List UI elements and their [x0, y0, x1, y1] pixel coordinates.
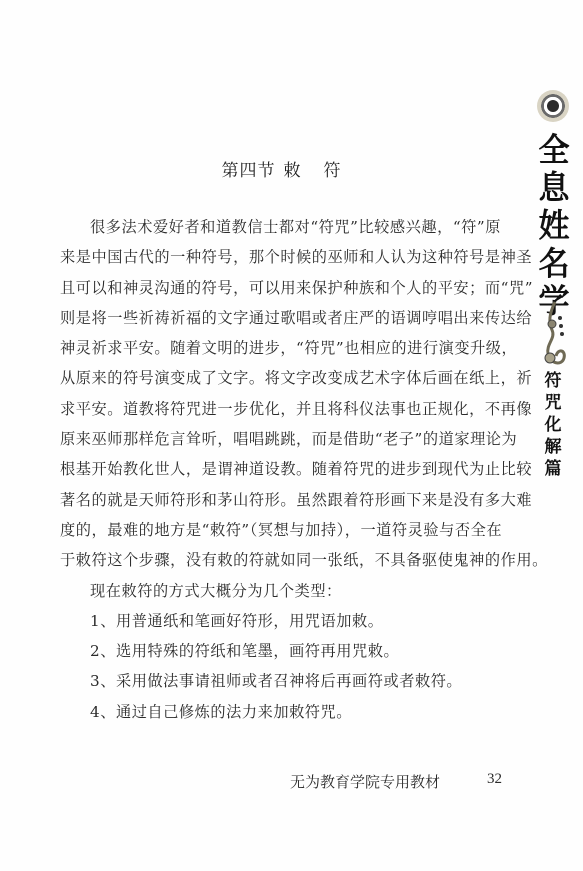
section-title: 第四节敕符: [0, 156, 583, 181]
book-page: 第四节敕符 很多法术爱好者和道教信士都对“符咒”比较感兴趣，“符”原 来是中国古…: [0, 0, 583, 871]
paragraph-line: 则是将一些祈祷祈福的文字通过歌唱或者庄严的语调哼唱出来传达给: [60, 303, 522, 333]
subtitle-char: 篇: [538, 458, 568, 480]
paragraph-line: 著名的就是天师符形和茅山符形。虽然跟着符形画下来是没有多大难: [60, 485, 522, 515]
paragraph-line: 求平安。道教将符咒进一步优化，并且将科仪法事也正规化，不再像: [60, 394, 522, 424]
page-footer: 无为教育学院专用教材 32: [290, 771, 440, 792]
side-banner: 全 息 姓 名 学 符 咒 化 解 篇: [532, 80, 580, 500]
paragraph-line: 原来巫师那样危言耸听，唱唱跳跳，而是借助“老子”的道家理论为: [60, 424, 522, 454]
section-title-part2: 符: [324, 161, 342, 181]
section-number: 第四节: [222, 161, 276, 181]
paragraph-line: 且可以和神灵沟通的符号，可以用来保护种族和个人的平安；而“咒”: [60, 273, 522, 303]
paragraph-line: 神灵祈求平安。随着文明的进步，“符咒”也相应的进行演变升级，: [60, 333, 522, 363]
title-char: 全: [534, 132, 574, 170]
subtitle-char: 化: [538, 414, 568, 436]
paragraph-line: 度的，最难的地方是“敕符”（冥想与加持），一道符灵验与否全在: [60, 515, 522, 545]
paragraph-line: 于敕符这个步骤，没有敕的符就如同一张纸，不具备驱使鬼神的作用。: [60, 545, 522, 575]
paragraph-line: 从原来的符号演变成了文字。将文字改变成艺术字体后画在纸上，祈: [60, 363, 522, 393]
list-item: 4、通过自己修炼的法力来加敕符咒。: [60, 697, 522, 727]
subtitle-char: 解: [538, 436, 568, 458]
title-char: 息: [534, 169, 574, 207]
paragraph-line: 根基开始教化世人，是谓神道设教。随着符咒的进步到现代为止比较: [60, 454, 522, 484]
section-title-part1: 敕: [284, 161, 302, 181]
circular-emblem-icon: [537, 90, 569, 122]
types-intro: 现在敕符的方式大概分为几个类型：: [60, 576, 522, 606]
intro-paragraph: 很多法术爱好者和道教信士都对“符咒”比较感兴趣，“符”原 来是中国古代的一种符号…: [60, 212, 522, 576]
paragraph-line: 很多法术爱好者和道教信士都对“符咒”比较感兴趣，“符”原: [60, 212, 522, 242]
title-char: 姓: [534, 207, 574, 245]
page-number: 32: [487, 771, 502, 788]
emblem-center: [547, 100, 559, 112]
subtitle-char: 咒: [538, 392, 568, 414]
subtitle-char: 符: [538, 370, 568, 392]
list-item: 3、采用做法事请祖师或者召神将后再画符或者敕符。: [60, 666, 522, 696]
title-char: 名: [534, 245, 574, 283]
body-text: 很多法术爱好者和道教信士都对“符咒”比较感兴趣，“符”原 来是中国古代的一种符号…: [60, 212, 522, 727]
list-item: 2、选用特殊的符纸和笔墨，画符再用咒敕。: [60, 636, 522, 666]
list-item: 1、用普通纸和笔画好符形，用咒语加敕。: [60, 606, 522, 636]
publisher-label: 无为教育学院专用教材: [290, 773, 440, 791]
volume-subtitle-vertical: 符 咒 化 解 篇: [538, 370, 568, 480]
paragraph-line: 来是中国古代的一种符号，那个时候的巫师和人认为这种符号是神圣: [60, 242, 522, 272]
types-list: 1、用普通纸和笔画好符形，用咒语加敕。 2、选用特殊的符纸和笔墨，画符再用咒敕。…: [60, 606, 522, 727]
